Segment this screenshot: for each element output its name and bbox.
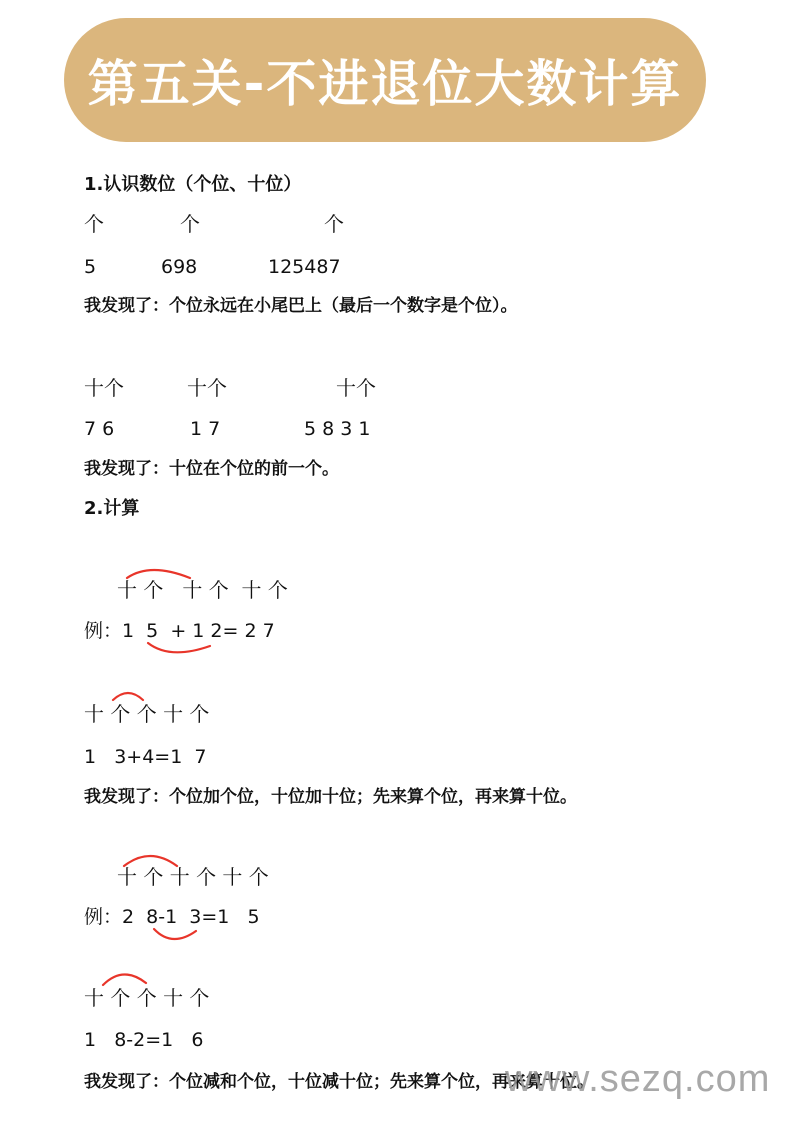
tens-marker-3: 十个 [336,376,376,400]
finding-1: 我发现了：个位永远在小尾巴上（最后一个数字是个位）。 [84,294,518,318]
title-banner: 第五关-不进退位大数计算 [64,18,706,142]
number-2: 698 [161,255,197,279]
example1-equation: 例：1 5 + 1 2= 2 7 [84,619,275,643]
example1-markers: 十 个 十 个 十 个 [117,578,288,602]
ones-marker-3: 个 [324,212,344,236]
arc-example2-top [113,693,143,700]
finding-2: 我发现了：十位在个位的前一个。 [84,457,339,481]
finding-3: 我发现了：个位加个位，十位加十位；先来算个位，再来算十位。 [84,785,577,809]
number2-1: 7 6 [84,417,114,441]
section1-heading: 1.认识数位（个位、十位） [84,173,301,197]
arc-example1-top [127,570,190,578]
page-title: 第五关-不进退位大数计算 [88,44,683,116]
example4-markers: 十 个 个 十 个 [84,986,209,1010]
number2-2: 1 7 [190,417,220,441]
number2-3: 5 8 3 1 [304,417,370,441]
number-3: 125487 [268,255,341,279]
arc-example4-top [103,974,146,985]
example2-equation: 1 3+4=1 7 [84,745,206,769]
watermark: www.sezq.com [505,1058,770,1101]
section2-heading: 2.计算 [84,497,139,521]
example4-equation: 1 8-2=1 6 [84,1028,203,1052]
example3-markers: 十 个 十 个 十 个 [117,865,269,889]
annotation-arcs [0,0,800,1131]
arc-example3-bottom [154,929,196,939]
arc-example1-bottom [148,643,210,652]
number-1: 5 [84,255,96,279]
example2-markers: 十 个 个 十 个 [84,702,209,726]
ones-marker-1: 个 [84,212,104,236]
ones-marker-2: 个 [180,212,200,236]
tens-marker-1: 十个 [84,376,124,400]
tens-marker-2: 十个 [187,376,227,400]
example3-equation: 例：2 8-1 3=1 5 [84,905,260,929]
